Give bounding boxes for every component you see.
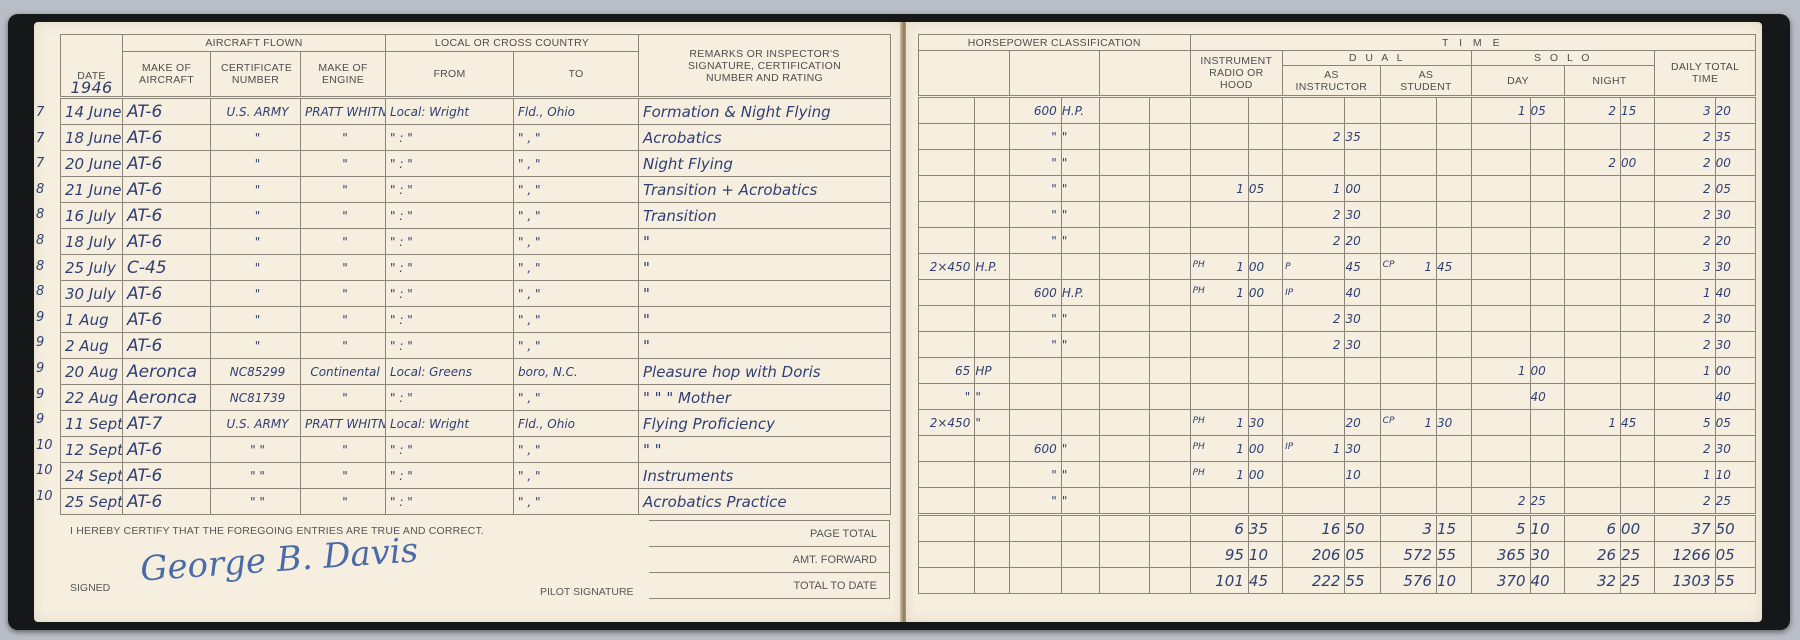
cell-engine: ": [301, 489, 386, 515]
cell-date: 11 Sept: [61, 411, 123, 437]
cell-aircraft: AT-6: [123, 229, 211, 255]
cell-hp2: 600: [1009, 280, 1061, 306]
margin-note: 8: [36, 254, 46, 280]
cell-day_m: [1530, 332, 1564, 358]
cell-instr_h: [1283, 150, 1345, 176]
table-row: ""230230: [919, 332, 1756, 358]
cell-total_m: 35: [1715, 124, 1755, 150]
cell-remarks: Transition + Acrobatics: [639, 177, 891, 203]
cell-total_h-value: 2: [1703, 130, 1711, 144]
cell-to: " , ": [514, 177, 639, 203]
from-header: FROM: [386, 52, 514, 98]
hp-blank: [1100, 384, 1150, 410]
cell-hp2: ": [1009, 124, 1061, 150]
total-total-hours: 37: [1655, 515, 1715, 542]
cell-day_m: 25: [1530, 488, 1564, 515]
cell-total_m: 25: [1715, 488, 1755, 515]
total-inst-hours-value: 101: [1215, 572, 1244, 590]
total-stud-minutes: 55: [1436, 542, 1471, 568]
total-day-hours-value: 365: [1497, 546, 1526, 564]
cell-instr_m-value: 30: [1345, 338, 1360, 352]
cell-day_m: 05: [1530, 97, 1564, 124]
table-row: 16 JulyAT-6""" : "" , "Transition: [61, 203, 891, 229]
time-tag: CP: [1383, 416, 1395, 426]
cell-stud_h-value: 1: [1424, 416, 1432, 430]
cell-remarks: Formation & Night Flying: [639, 98, 891, 125]
table-row: 2×450"PH13020CP130145505: [919, 410, 1756, 436]
cell-hp2u: [1061, 358, 1099, 384]
cell-remarks: ": [639, 281, 891, 307]
cell-engine: ": [301, 125, 386, 151]
cell-instr_h: 2: [1283, 332, 1345, 358]
cell-from: Local: Wright: [386, 411, 514, 437]
cell-inst_m-value: 00: [1249, 468, 1264, 482]
cell-hp1u: [975, 462, 1009, 488]
cell-total_h: 1: [1655, 280, 1715, 306]
cell-stud_m: [1436, 228, 1471, 254]
total-instr-hours: 16: [1283, 515, 1345, 542]
cell-day_m: [1530, 254, 1564, 280]
cell-total_m-value: 30: [1716, 208, 1731, 222]
dual-header: D U A L: [1283, 51, 1472, 66]
cell-hp1u: ": [975, 410, 1009, 436]
cell-stud_h: CP1: [1380, 410, 1436, 436]
cell-instr_m: [1345, 97, 1380, 124]
totals-blank: [919, 568, 975, 594]
cell-day_m: [1530, 410, 1564, 436]
totals-row-total-to-date: 101452225557610370403225130355: [919, 568, 1756, 594]
cell-night_h: [1564, 384, 1620, 410]
cell-certificate: ": [211, 125, 301, 151]
total-stud-hours: 3: [1380, 515, 1436, 542]
cell-stud_h: [1380, 306, 1436, 332]
cell-inst_m: [1248, 228, 1282, 254]
table-row: 18 JuneAT-6""" : "" , "Acrobatics: [61, 125, 891, 151]
cell-instr_m-value: 30: [1345, 442, 1360, 456]
margin-note: 8: [36, 177, 46, 203]
totals-blank: [1009, 542, 1061, 568]
cell-hp2u-value: ": [1062, 442, 1068, 456]
total-stud-hours: 572: [1380, 542, 1436, 568]
cell-instr_m: 35: [1345, 124, 1380, 150]
cell-hp1-value: 65: [955, 364, 970, 378]
cell-stud_m: [1436, 332, 1471, 358]
cell-inst_h: [1190, 228, 1248, 254]
cell-inst_m: [1248, 150, 1282, 176]
cell-certificate: ": [211, 151, 301, 177]
table-row: 20 AugAeroncaNC85299ContinentalLocal: Gr…: [61, 359, 891, 385]
cell-night_h: [1564, 124, 1620, 150]
cell-engine: ": [301, 307, 386, 333]
cell-total_m-value: 35: [1716, 130, 1731, 144]
time-tag: PH: [1193, 260, 1205, 270]
cell-total_h: 2: [1655, 202, 1715, 228]
cell-hp2u: [1061, 410, 1099, 436]
total-stud-minutes-value: 10: [1437, 572, 1456, 590]
cell-stud_m: [1436, 462, 1471, 488]
totals-blank: [919, 542, 975, 568]
cell-day_h-value: 1: [1518, 104, 1526, 118]
cell-instr_h: 1: [1283, 176, 1345, 202]
cell-to: boro, N.C.: [514, 359, 639, 385]
cell-hp2u: ": [1061, 332, 1099, 358]
cell-hp1: [919, 228, 975, 254]
cell-total_m-value: 30: [1716, 442, 1731, 456]
cell-night_h: [1564, 332, 1620, 358]
total-total-hours-value: 1303: [1672, 572, 1710, 590]
certification-statement: I HEREBY CERTIFY THAT THE FOREGOING ENTR…: [70, 525, 484, 537]
cell-hp1u-value: H.P.: [975, 260, 997, 274]
hp-blank: [1150, 280, 1190, 306]
solo-day-header: DAY: [1472, 66, 1565, 97]
cell-total_m-value: 30: [1716, 260, 1731, 274]
cell-inst_h-value: 1: [1236, 182, 1244, 196]
cell-instr_h: [1283, 384, 1345, 410]
cell-stud_h: [1380, 358, 1436, 384]
cell-hp2: ": [1009, 306, 1061, 332]
cell-hp2u: ": [1061, 228, 1099, 254]
cell-to: " , ": [514, 203, 639, 229]
cell-hp2u: ": [1061, 306, 1099, 332]
cell-total_m: 05: [1715, 410, 1755, 436]
cell-hp2: ": [1009, 176, 1061, 202]
cell-instr_h: [1283, 488, 1345, 515]
cell-stud_m: [1436, 150, 1471, 176]
cell-day_m-value: 40: [1531, 390, 1546, 404]
cell-engine: ": [301, 177, 386, 203]
cell-hp2: [1009, 358, 1061, 384]
time-tag: IP: [1285, 442, 1293, 452]
cell-date: 16 July: [61, 203, 123, 229]
cell-day_h: [1472, 228, 1530, 254]
cell-night_h: [1564, 358, 1620, 384]
total-instr-minutes: 50: [1345, 515, 1380, 542]
cell-aircraft: AT-6: [123, 151, 211, 177]
cell-hp1: [919, 436, 975, 462]
cell-hp2u-value: ": [1062, 208, 1068, 222]
cell-hp2u: [1061, 384, 1099, 410]
cell-date: 18 June: [61, 125, 123, 151]
cell-hp1: 2×450: [919, 254, 975, 280]
cell-inst_m: [1248, 306, 1282, 332]
aircraft-flown-header: AIRCRAFT FLOWN: [123, 35, 386, 52]
cell-inst_h-value: 1: [1236, 468, 1244, 482]
cell-inst_h-value: 1: [1236, 416, 1244, 430]
cell-total_m-value: 40: [1716, 286, 1731, 300]
cell-to: " , ": [514, 151, 639, 177]
cell-night_m: [1621, 202, 1655, 228]
cell-total_h-value: 3: [1703, 104, 1711, 118]
cell-hp2-value: 600: [1034, 104, 1057, 118]
cell-total_h-value: 2: [1703, 442, 1711, 456]
total-inst-minutes: 35: [1248, 515, 1282, 542]
cell-night_h: [1564, 254, 1620, 280]
cell-date: 25 Sept: [61, 489, 123, 515]
cell-instr_m: [1345, 150, 1380, 176]
cell-stud_h: [1380, 384, 1436, 410]
cell-day_h: [1472, 124, 1530, 150]
daily-total-header: DAILY TOTAL TIME: [1655, 51, 1756, 97]
cell-day_h: [1472, 150, 1530, 176]
total-inst-hours-value: 95: [1225, 546, 1244, 564]
cell-total_m-value: 20: [1716, 104, 1731, 118]
cell-from: " : ": [386, 437, 514, 463]
table-row: 20 JuneAT-6""" : "" , "Night Flying: [61, 151, 891, 177]
total-instr-hours-value: 206: [1312, 546, 1341, 564]
cell-total_m: 40: [1715, 280, 1755, 306]
cell-hp2: [1009, 254, 1061, 280]
cell-instr_h-value: 2: [1333, 130, 1341, 144]
total-instr-hours: 222: [1283, 568, 1345, 594]
total-total-minutes: 05: [1715, 542, 1755, 568]
totals-blank: [975, 515, 1009, 542]
total-instr-hours: 206: [1283, 542, 1345, 568]
table-row: 1 AugAT-6""" : "" , "": [61, 307, 891, 333]
hp-blank: [1150, 306, 1190, 332]
cell-hp1-value: 2×450: [930, 260, 971, 274]
cell-night_h: [1564, 488, 1620, 515]
cell-engine: ": [301, 437, 386, 463]
table-row: 12 SeptAT-6" """ : "" , "" ": [61, 437, 891, 463]
cell-from: Local: Wright: [386, 98, 514, 125]
cell-hp2-value: ": [1051, 182, 1057, 196]
cell-total_h: 2: [1655, 488, 1715, 515]
total-day-hours: 370: [1472, 568, 1530, 594]
cell-to: Fld., Ohio: [514, 98, 639, 125]
totals-blank: [1061, 515, 1099, 542]
cell-certificate: ": [211, 281, 301, 307]
total-night-minutes-value: 25: [1621, 546, 1640, 564]
cell-remarks: Flying Proficiency: [639, 411, 891, 437]
cell-hp2: ": [1009, 462, 1061, 488]
totals-blank: [1061, 542, 1099, 568]
cell-certificate: NC85299: [211, 359, 301, 385]
table-row: ""220220: [919, 228, 1756, 254]
table-row: 25 SeptAT-6" """ : "" , "Acrobatics Prac…: [61, 489, 891, 515]
cell-certificate: ": [211, 307, 301, 333]
hp-blank: [1150, 202, 1190, 228]
cell-instr_m: 30: [1345, 306, 1380, 332]
cell-total_h: 2: [1655, 436, 1715, 462]
cell-stud_m: [1436, 358, 1471, 384]
cell-hp2u: ": [1061, 462, 1099, 488]
cell-to: " , ": [514, 229, 639, 255]
cell-stud_h: CP1: [1380, 254, 1436, 280]
cell-instr_h: IP: [1283, 280, 1345, 306]
cell-stud_m-value: 30: [1437, 416, 1452, 430]
totals-labels: PAGE TOTAL AMT. FORWARD TOTAL TO DATE: [649, 520, 890, 599]
totals-blank: [1150, 515, 1190, 542]
cell-inst_m: [1248, 384, 1282, 410]
cell-hp1: [919, 202, 975, 228]
cell-hp1-value: ": [965, 390, 971, 404]
cell-inst_m: [1248, 97, 1282, 124]
cell-instr_m-value: 20: [1345, 416, 1360, 430]
cell-inst_m: 00: [1248, 436, 1282, 462]
cell-inst_m: [1248, 332, 1282, 358]
margin-note: 7: [36, 126, 46, 152]
cell-inst_h: [1190, 202, 1248, 228]
total-total-minutes-value: 05: [1716, 546, 1735, 564]
cell-certificate: ": [211, 177, 301, 203]
cell-engine: Continental: [301, 359, 386, 385]
table-row: 18 JulyAT-6""" : "" , "": [61, 229, 891, 255]
cell-stud_h: [1380, 176, 1436, 202]
cell-night_m: [1621, 124, 1655, 150]
cell-from: " : ": [386, 229, 514, 255]
cell-hp2u-value: ": [1062, 494, 1068, 508]
cell-engine: PRATT WHITNEY: [301, 411, 386, 437]
cell-aircraft: AT-6: [123, 463, 211, 489]
table-row: ""4040: [919, 384, 1756, 410]
flight-log-left-table: DATE 1946 AIRCRAFT FLOWN LOCAL OR CROSS …: [60, 34, 891, 515]
cell-engine: PRATT WHITNEY: [301, 98, 386, 125]
cell-hp2u-value: ": [1062, 156, 1068, 170]
table-row: 21 JuneAT-6""" : "" , "Transition + Acro…: [61, 177, 891, 203]
cell-hp2u: [1061, 254, 1099, 280]
margin-note: 9: [36, 356, 46, 382]
cell-inst_m-value: 00: [1249, 260, 1264, 274]
cell-inst_h: [1190, 124, 1248, 150]
table-row: ""200200: [919, 150, 1756, 176]
cell-engine: ": [301, 203, 386, 229]
cell-date: 25 July: [61, 255, 123, 281]
cell-date: 20 June: [61, 151, 123, 177]
cell-night_m: [1621, 228, 1655, 254]
total-to-date-label: TOTAL TO DATE: [649, 573, 890, 599]
cell-to: " , ": [514, 255, 639, 281]
cell-aircraft: AT-6: [123, 489, 211, 515]
table-row: 2×450H.P.PH100P45CP145330: [919, 254, 1756, 280]
total-night-minutes-value: 25: [1621, 572, 1640, 590]
table-row: 14 JuneAT-6U.S. ARMYPRATT WHITNEYLocal: …: [61, 98, 891, 125]
cell-instr_m-value: 20: [1345, 234, 1360, 248]
cell-aircraft: AT-6: [123, 333, 211, 359]
cell-date: 22 Aug: [61, 385, 123, 411]
hp-blank: [1100, 280, 1150, 306]
cell-day_m-value: 25: [1531, 494, 1546, 508]
cell-stud_h: [1380, 280, 1436, 306]
cell-hp2-value: ": [1051, 312, 1057, 326]
cell-day_h: [1472, 332, 1530, 358]
cell-remarks: Night Flying: [639, 151, 891, 177]
hp-blank: [1100, 97, 1150, 124]
cell-aircraft: AT-7: [123, 411, 211, 437]
cell-hp2-value: ": [1051, 234, 1057, 248]
totals-blank: [1100, 515, 1150, 542]
cell-night_h: [1564, 436, 1620, 462]
time-header: T I M E: [1190, 35, 1755, 51]
total-total-minutes: 50: [1715, 515, 1755, 542]
to-header: TO: [514, 52, 639, 98]
cell-instr_m: 30: [1345, 436, 1380, 462]
cell-certificate: ": [211, 333, 301, 359]
cell-from: " : ": [386, 255, 514, 281]
cell-certificate: " ": [211, 489, 301, 515]
cell-total_m-value: 10: [1716, 468, 1731, 482]
cell-night_m: [1621, 462, 1655, 488]
cell-remarks: " ": [639, 437, 891, 463]
cell-total_h-value: 2: [1703, 494, 1711, 508]
total-inst-minutes-value: 10: [1249, 546, 1268, 564]
table-row: 22 AugAeroncaNC81739"" : "" , "" " " Mot…: [61, 385, 891, 411]
cell-inst_h: [1190, 332, 1248, 358]
cell-total_h: 3: [1655, 97, 1715, 124]
cell-stud_h-value: 1: [1424, 260, 1432, 274]
cell-day_h: [1472, 280, 1530, 306]
cell-hp1u: [975, 332, 1009, 358]
cell-hp1u: [975, 97, 1009, 124]
table-row: 600H.P.PH100IP40140: [919, 280, 1756, 306]
signed-label: SIGNED: [70, 582, 110, 594]
cell-inst_m: [1248, 202, 1282, 228]
hp-blank: [1150, 332, 1190, 358]
cell-inst_m: 30: [1248, 410, 1282, 436]
cell-night_m: [1621, 306, 1655, 332]
cell-hp1: [919, 176, 975, 202]
cell-total_m-value: 05: [1716, 182, 1731, 196]
cell-hp1u: [975, 280, 1009, 306]
cell-hp1u: ": [975, 384, 1009, 410]
table-row: ""105100205: [919, 176, 1756, 202]
cell-instr_h: [1283, 97, 1345, 124]
cell-total_m-value: 20: [1716, 234, 1731, 248]
cell-night_m: [1621, 384, 1655, 410]
hp-blank: [1100, 254, 1150, 280]
cell-inst_h: [1190, 384, 1248, 410]
hp-blank: [1100, 150, 1150, 176]
cell-certificate: ": [211, 255, 301, 281]
totals-row-page-total: 63516503155106003750: [919, 515, 1756, 542]
totals-blank: [1009, 568, 1061, 594]
cell-hp1: [919, 97, 975, 124]
cell-hp1u: [975, 306, 1009, 332]
cell-remarks: Pleasure hop with Doris: [639, 359, 891, 385]
cell-day_h: [1472, 436, 1530, 462]
total-total-minutes-value: 55: [1716, 572, 1735, 590]
cell-hp1u-value: ": [975, 390, 981, 404]
total-night-hours: 26: [1564, 542, 1620, 568]
hp-blank: [1100, 124, 1150, 150]
solo-header: S O L O: [1472, 51, 1655, 66]
cell-from: " : ": [386, 489, 514, 515]
cell-instr_h: P: [1283, 254, 1345, 280]
cell-from: " : ": [386, 177, 514, 203]
total-night-minutes-value: 00: [1621, 520, 1640, 538]
hp-blank: [1150, 358, 1190, 384]
cell-day_m: [1530, 228, 1564, 254]
total-night-hours-value: 6: [1607, 520, 1617, 538]
margin-note: 7: [36, 151, 46, 177]
total-instr-minutes: 55: [1345, 568, 1380, 594]
total-instr-minutes: 05: [1345, 542, 1380, 568]
total-total-minutes: 55: [1715, 568, 1755, 594]
time-tag: PH: [1193, 286, 1205, 296]
as-instructor-header: AS INSTRUCTOR: [1283, 66, 1381, 97]
cell-inst_m: 05: [1248, 176, 1282, 202]
cell-day_h: 1: [1472, 97, 1530, 124]
cell-instr_h: [1283, 358, 1345, 384]
cell-total_h: 2: [1655, 124, 1715, 150]
cell-night_m: 15: [1621, 97, 1655, 124]
cell-stud_h: [1380, 436, 1436, 462]
cell-certificate: NC81739: [211, 385, 301, 411]
cell-total_h-value: 5: [1703, 416, 1711, 430]
cell-total_m-value: 30: [1716, 338, 1731, 352]
cell-remarks: Acrobatics Practice: [639, 489, 891, 515]
cell-hp1: [919, 124, 975, 150]
cell-engine: ": [301, 333, 386, 359]
